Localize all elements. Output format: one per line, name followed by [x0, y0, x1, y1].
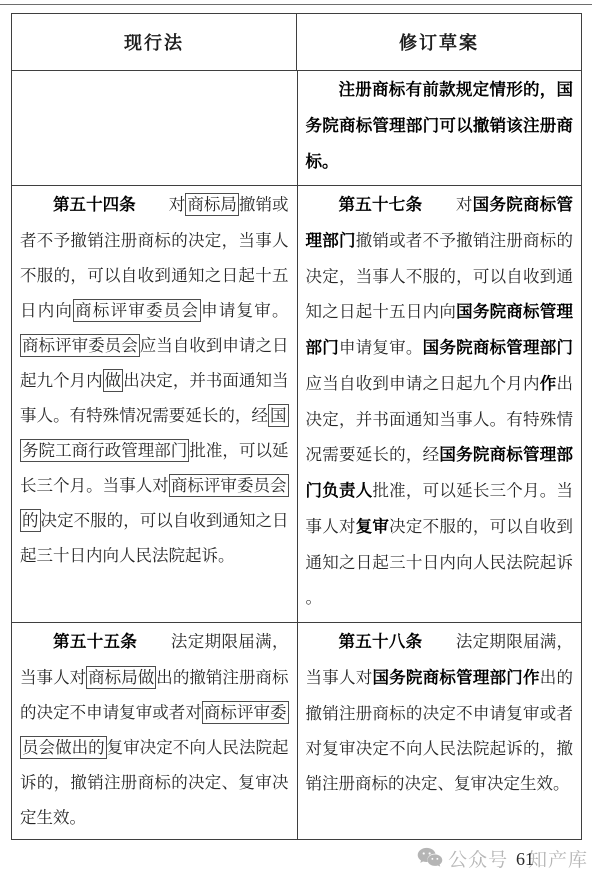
body-text: 对	[136, 195, 186, 214]
table-cell-left: 第五十五条 法定期限届满，当事人对商标局做出的撤销注册商标的决定不申请复审或者对…	[12, 623, 297, 839]
table-header-current-law: 现行法	[12, 14, 296, 70]
wechat-icon	[417, 847, 443, 869]
deleted-text-box: 商标评审委员会	[20, 334, 140, 357]
emphasized-text: 第五十四条	[53, 196, 136, 214]
table-row: 第五十五条 法定期限届满，当事人对商标局做出的撤销注册商标的决定不申请复审或者对…	[12, 622, 581, 839]
emphasized-text: 注册商标有前款规定情形的，国务院商标管理部门可以撤销该注册商标。	[306, 81, 574, 171]
emphasized-text: 国务院商标管理部门	[423, 339, 573, 357]
emphasized-text: 第五十七条	[339, 196, 423, 214]
page-top-rule	[0, 4, 592, 5]
page-number: 61	[516, 849, 534, 870]
emphasized-text: 国务院商标管理部门作	[372, 669, 539, 687]
deleted-text-box: 做	[103, 369, 124, 392]
table-body: 注册商标有前款规定情形的，国务院商标管理部门可以撤销该注册商标。第五十四条 对商…	[12, 71, 581, 839]
body-text: 申请复审。	[339, 338, 423, 357]
body-text: 对	[422, 195, 472, 214]
body-text: 决定不服的，可以自收到通知之日起三十日内向人民法院起诉。	[20, 511, 289, 565]
law-paragraph: 第五十四条 对商标局撤销或者不予撤销注册商标的决定，当事人不服的，可以自收到通知…	[20, 187, 289, 573]
law-paragraph: 第五十五条 法定期限届满，当事人对商标局做出的撤销注册商标的决定不申请复审或者对…	[20, 624, 289, 835]
law-paragraph: 第五十七条 对国务院商标管理部门撤销或者不予撤销注册商标的决定，当事人不服的，可…	[306, 187, 574, 615]
deleted-text-box: 商标评审委员会	[73, 299, 201, 322]
law-paragraph: 第五十八条 法定期限届满，当事人对国务院商标管理部门作出的撤销注册商标的决定不申…	[306, 624, 574, 801]
law-paragraph: 注册商标有前款规定情形的，国务院商标管理部门可以撤销该注册商标。	[306, 72, 574, 180]
table-cell-left: 第五十四条 对商标局撤销或者不予撤销注册商标的决定，当事人不服的，可以自收到通知…	[12, 186, 297, 622]
emphasized-text: 复审	[356, 518, 389, 536]
emphasized-text: 第五十八条	[339, 633, 423, 651]
table-row: 注册商标有前款规定情形的，国务院商标管理部门可以撤销该注册商标。	[12, 71, 581, 185]
table-row: 第五十四条 对商标局撤销或者不予撤销注册商标的决定，当事人不服的，可以自收到通知…	[12, 185, 581, 622]
table-cell-right: 第五十七条 对国务院商标管理部门撤销或者不予撤销注册商标的决定，当事人不服的，可…	[297, 186, 582, 622]
deleted-text-box: 商标局	[185, 193, 239, 216]
watermark: 公众号 · 知产库	[417, 845, 588, 871]
emphasized-text: 第五十五条	[53, 633, 137, 651]
comparison-table: 现行法 修订草案 注册商标有前款规定情形的，国务院商标管理部门可以撤销该注册商标…	[11, 13, 582, 840]
table-cell-left	[12, 71, 297, 185]
deleted-text-box: 商标局做	[86, 666, 156, 689]
table-header-revision-draft: 修订草案	[296, 14, 581, 70]
table-header-row: 现行法 修订草案	[12, 14, 581, 71]
table-cell-right: 第五十八条 法定期限届满，当事人对国务院商标管理部门作出的撤销注册商标的决定不申…	[297, 623, 582, 839]
body-text: 应当自收到申请之日起九个月内	[306, 374, 540, 393]
body-text: 申请复审。	[201, 301, 288, 320]
table-cell-right: 注册商标有前款规定情形的，国务院商标管理部门可以撤销该注册商标。	[297, 71, 582, 185]
emphasized-text: 作	[540, 375, 557, 393]
